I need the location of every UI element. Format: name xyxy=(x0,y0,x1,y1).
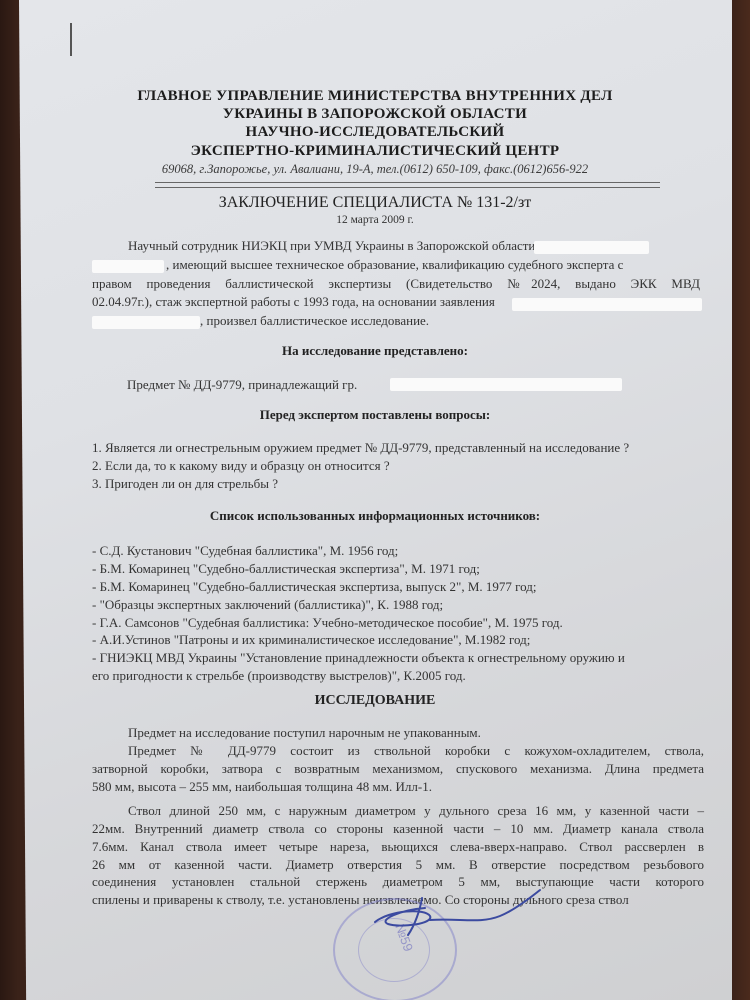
redaction xyxy=(92,260,164,273)
submitted-text: Предмет № ДД-9779, принадлежащий гр. xyxy=(127,377,357,393)
research-line: Предмет на исследование поступил нарочны… xyxy=(128,725,481,741)
source-item: - "Образцы экспертных заключений (баллис… xyxy=(92,597,443,613)
research-line: 22мм. Внутренний диаметр ствола со сторо… xyxy=(92,821,704,837)
org-header-line-2: УКРАИНЫ В ЗАПОРОЖСКОЙ ОБЛАСТИ xyxy=(0,106,750,123)
header-divider xyxy=(155,182,660,188)
intro-line-5: , произвел баллистическое исследование. xyxy=(200,313,429,329)
submitted-heading: На исследование представлено: xyxy=(0,343,750,359)
redaction xyxy=(512,298,702,311)
research-line: 26 мм от казенной части. Диаметр отверст… xyxy=(92,857,704,873)
intro-line-1: Научный сотрудник НИЭКЦ при УМВД Украины… xyxy=(128,238,535,254)
intro-line-4: 02.04.97г.), стаж экспертной работы с 19… xyxy=(92,294,495,310)
source-item: его пригодности к стрельбе (производству… xyxy=(92,668,466,684)
source-item: - С.Д. Кустанович "Судебная баллистика",… xyxy=(92,543,398,559)
signature-icon xyxy=(330,880,550,960)
source-item: - Г.А. Самсонов "Судебная баллистика: Уч… xyxy=(92,615,563,631)
question-item: 2. Если да, то к какому виду и образцу о… xyxy=(92,458,390,474)
org-address: 69068, г.Запорожье, ул. Авалиани, 19-А, … xyxy=(0,162,750,177)
source-item: - Б.М. Комаринец "Судебно-баллистическая… xyxy=(92,579,537,595)
research-line: затворной коробки, затвора с возвратным … xyxy=(92,761,704,777)
org-header-line-1: ГЛАВНОЕ УПРАВЛЕНИЕ МИНИСТЕРСТВА ВНУТРЕНН… xyxy=(0,88,750,105)
pen-mark xyxy=(70,23,72,56)
research-line: Предмет № ДД-9779 состоит из ствольной к… xyxy=(128,743,704,759)
document-title: ЗАКЛЮЧЕНИЕ СПЕЦИАЛИСТА № 131-2/зт xyxy=(0,194,750,212)
org-header-line-3: НАУЧНО-ИССЛЕДОВАТЕЛЬСКИЙ xyxy=(0,124,750,141)
org-header-line-4: ЭКСПЕРТНО-КРИМИНАЛИСТИЧЕСКИЙ ЦЕНТР xyxy=(0,143,750,160)
source-item: - ГНИЭКЦ МВД Украины "Установление прина… xyxy=(92,650,625,666)
research-heading: ИССЛЕДОВАНИЕ xyxy=(0,693,750,709)
source-item: - Б.М. Комаринец "Судебно-баллистическая… xyxy=(92,561,480,577)
redaction xyxy=(534,241,649,254)
research-line: Ствол длиной 250 мм, с наружным диаметро… xyxy=(128,803,704,819)
intro-line-2: , имеющий высшее техническое образование… xyxy=(166,257,623,273)
source-item: - А.И.Устинов "Патроны и их криминалисти… xyxy=(92,632,530,648)
sources-heading: Список использованных информационных ист… xyxy=(0,508,750,524)
document-date: 12 марта 2009 г. xyxy=(0,214,750,226)
questions-heading: Перед экспертом поставлены вопросы: xyxy=(0,407,750,423)
research-line: 580 мм, высота – 255 мм, наибольшая толщ… xyxy=(92,779,432,795)
question-item: 3. Пригоден ли он для стрельбы ? xyxy=(92,476,278,492)
redaction xyxy=(92,316,200,329)
research-line: 7.6мм. Канал ствола имеет четыре нареза,… xyxy=(92,839,704,855)
question-item: 1. Является ли огнестрельным оружием пре… xyxy=(92,440,629,456)
redaction xyxy=(390,378,622,391)
intro-line-3: правом проведения баллистической эксперт… xyxy=(92,276,700,292)
